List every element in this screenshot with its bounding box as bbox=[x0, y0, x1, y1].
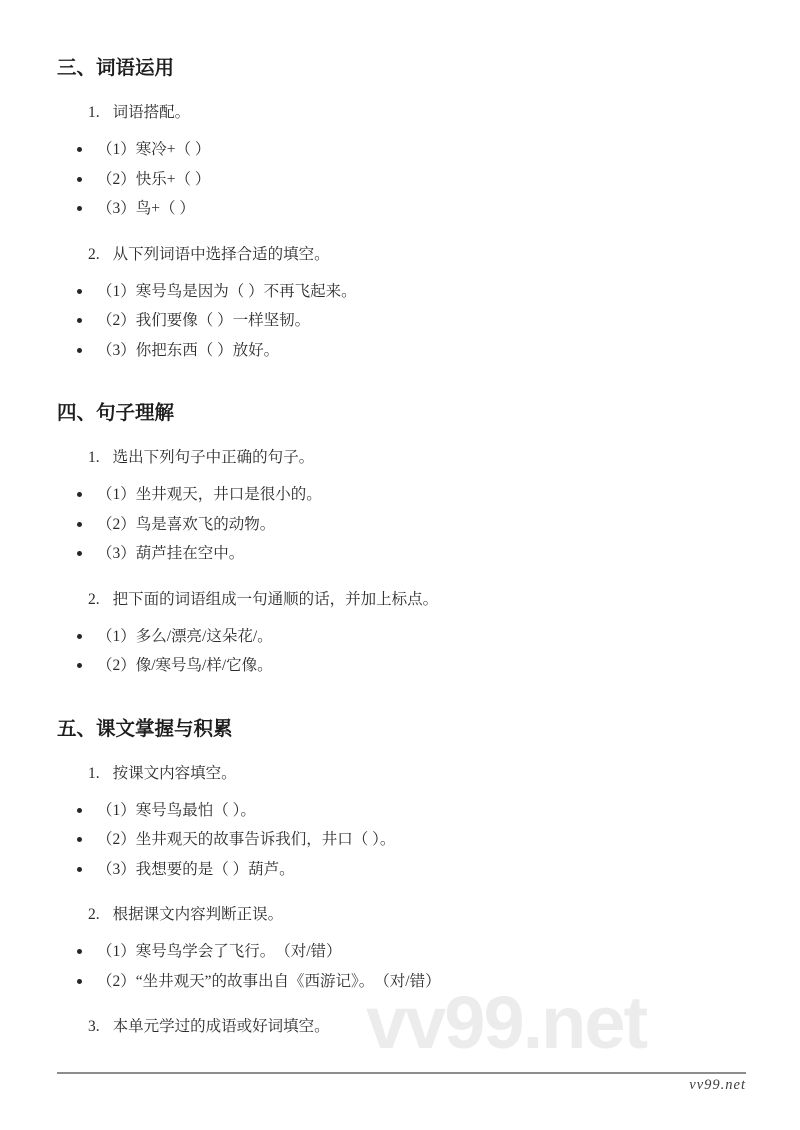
sub-question-text: （2）我们要像（ ）一样坚韧。 bbox=[97, 312, 310, 329]
sub-question-list: （1）寒号鸟最怕（ ）。 （2）坐井观天的故事告诉我们，井口（ ）。 （3）我想… bbox=[57, 796, 746, 885]
sub-question: （1）多么/漂亮/这朵花/。 bbox=[57, 622, 746, 652]
sub-question-text: （2）鸟是喜欢飞的动物。 bbox=[97, 516, 275, 533]
question-number: 1. bbox=[88, 759, 100, 788]
question-prompt: 1.按课文内容填空。 bbox=[57, 759, 746, 788]
sub-question-text: （1）坐井观天，井口是很小的。 bbox=[97, 486, 322, 503]
section-sentence-comprehension: 四、句子理解 1.选出下列句子中正确的句子。 （1）坐井观天，井口是很小的。 （… bbox=[57, 401, 746, 681]
bullet-marker bbox=[77, 522, 82, 527]
question-number: 2. bbox=[88, 240, 100, 269]
bullet-marker bbox=[77, 206, 82, 211]
sub-question: （3）葫芦挂在空中。 bbox=[57, 539, 746, 569]
sub-question-list: （1）寒冷+（ ） （2）快乐+（ ） （3）鸟+（ ） bbox=[57, 135, 746, 224]
section-text-mastery: 五、课文掌握与积累 1.按课文内容填空。 （1）寒号鸟最怕（ ）。 （2）坐井观… bbox=[57, 717, 746, 1042]
sub-question-text: （1）寒冷+（ ） bbox=[97, 141, 210, 158]
section-heading: 三、词语运用 bbox=[57, 56, 746, 82]
sub-question-text: （2）坐井观天的故事告诉我们，井口（ ）。 bbox=[97, 831, 395, 848]
worksheet-page: 三、词语运用 1.词语搭配。 （1）寒冷+（ ） （2）快乐+（ ） （3）鸟+… bbox=[0, 0, 800, 1041]
bullet-marker bbox=[77, 492, 82, 497]
sub-question-list: （1）多么/漂亮/这朵花/。 （2）像/寒号鸟/样/它像。 bbox=[57, 622, 746, 681]
page-footer: vv99.net bbox=[57, 1072, 746, 1094]
sub-question: （2）鸟是喜欢飞的动物。 bbox=[57, 510, 746, 540]
question-text: 本单元学过的成语或好词填空。 bbox=[113, 1018, 330, 1035]
section-word-usage: 三、词语运用 1.词语搭配。 （1）寒冷+（ ） （2）快乐+（ ） （3）鸟+… bbox=[57, 56, 746, 365]
sub-question: （3）鸟+（ ） bbox=[57, 194, 746, 224]
sub-question: （3）我想要的是（ ）葫芦。 bbox=[57, 855, 746, 885]
question-prompt: 3.本单元学过的成语或好词填空。 bbox=[57, 1012, 746, 1041]
question-number: 2. bbox=[88, 585, 100, 614]
sub-question-text: （1）多么/漂亮/这朵花/。 bbox=[97, 628, 273, 645]
bullet-marker bbox=[77, 949, 82, 954]
sub-question: （2）我们要像（ ）一样坚韧。 bbox=[57, 306, 746, 336]
sub-question-text: （2）“坐井观天”的故事出自《西游记》。 （对/错） bbox=[97, 973, 441, 990]
bullet-marker bbox=[77, 177, 82, 182]
sub-question: （2）坐井观天的故事告诉我们，井口（ ）。 bbox=[57, 825, 746, 855]
sub-question-text: （2）快乐+（ ） bbox=[97, 171, 210, 188]
bullet-marker bbox=[77, 289, 82, 294]
footer-site-text: vv99.net bbox=[57, 1074, 746, 1094]
sub-question-text: （3）鸟+（ ） bbox=[97, 200, 195, 217]
bullet-marker bbox=[77, 837, 82, 842]
question-text: 词语搭配。 bbox=[113, 104, 191, 121]
sub-question: （1）寒号鸟是因为（ ）不再飞起来。 bbox=[57, 277, 746, 307]
bullet-marker bbox=[77, 551, 82, 556]
question-text: 按课文内容填空。 bbox=[113, 765, 237, 782]
bullet-marker bbox=[77, 867, 82, 872]
section-heading: 四、句子理解 bbox=[57, 401, 746, 427]
question-prompt: 1.选出下列句子中正确的句子。 bbox=[57, 443, 746, 472]
sub-question: （2）“坐井观天”的故事出自《西游记》。 （对/错） bbox=[57, 967, 746, 997]
sub-question: （1）寒号鸟学会了飞行。 （对/错） bbox=[57, 937, 746, 967]
sub-question: （1）寒冷+（ ） bbox=[57, 135, 746, 165]
question-number: 1. bbox=[88, 443, 100, 472]
bullet-marker bbox=[77, 318, 82, 323]
sub-question-text: （1）寒号鸟学会了飞行。 （对/错） bbox=[97, 943, 342, 960]
sub-question: （2）快乐+（ ） bbox=[57, 165, 746, 195]
question-prompt: 2.根据课文内容判断正误。 bbox=[57, 900, 746, 929]
question-prompt: 2.从下列词语中选择合适的填空。 bbox=[57, 240, 746, 269]
sub-question-text: （2）像/寒号鸟/样/它像。 bbox=[97, 657, 273, 674]
bullet-marker bbox=[77, 634, 82, 639]
sub-question: （1）寒号鸟最怕（ ）。 bbox=[57, 796, 746, 826]
bullet-marker bbox=[77, 348, 82, 353]
sub-question-list: （1）坐井观天，井口是很小的。 （2）鸟是喜欢飞的动物。 （3）葫芦挂在空中。 bbox=[57, 480, 746, 569]
sub-question-text: （3）我想要的是（ ）葫芦。 bbox=[97, 861, 295, 878]
question-prompt: 1.词语搭配。 bbox=[57, 98, 746, 127]
sub-question-text: （3）葫芦挂在空中。 bbox=[97, 545, 244, 562]
sub-question-list: （1）寒号鸟是因为（ ）不再飞起来。 （2）我们要像（ ）一样坚韧。 （3）你把… bbox=[57, 277, 746, 366]
bullet-marker bbox=[77, 147, 82, 152]
sub-question-text: （1）寒号鸟最怕（ ）。 bbox=[97, 802, 256, 819]
sub-question: （3）你把东西（ ）放好。 bbox=[57, 336, 746, 366]
sub-question-text: （1）寒号鸟是因为（ ）不再飞起来。 bbox=[97, 283, 357, 300]
question-number: 2. bbox=[88, 900, 100, 929]
bullet-marker bbox=[77, 663, 82, 668]
bullet-marker bbox=[77, 979, 82, 984]
question-text: 根据课文内容判断正误。 bbox=[113, 906, 284, 923]
question-text: 选出下列句子中正确的句子。 bbox=[113, 449, 315, 466]
sub-question: （2）像/寒号鸟/样/它像。 bbox=[57, 651, 746, 681]
sub-question-text: （3）你把东西（ ）放好。 bbox=[97, 342, 279, 359]
question-text: 从下列词语中选择合适的填空。 bbox=[113, 246, 330, 263]
question-number: 3. bbox=[88, 1012, 100, 1041]
question-prompt: 2.把下面的词语组成一句通顺的话，并加上标点。 bbox=[57, 585, 746, 614]
section-heading: 五、课文掌握与积累 bbox=[57, 717, 746, 743]
sub-question: （1）坐井观天，井口是很小的。 bbox=[57, 480, 746, 510]
question-number: 1. bbox=[88, 98, 100, 127]
question-text: 把下面的词语组成一句通顺的话，并加上标点。 bbox=[113, 591, 439, 608]
sub-question-list: （1）寒号鸟学会了飞行。 （对/错） （2）“坐井观天”的故事出自《西游记》。 … bbox=[57, 937, 746, 996]
bullet-marker bbox=[77, 808, 82, 813]
